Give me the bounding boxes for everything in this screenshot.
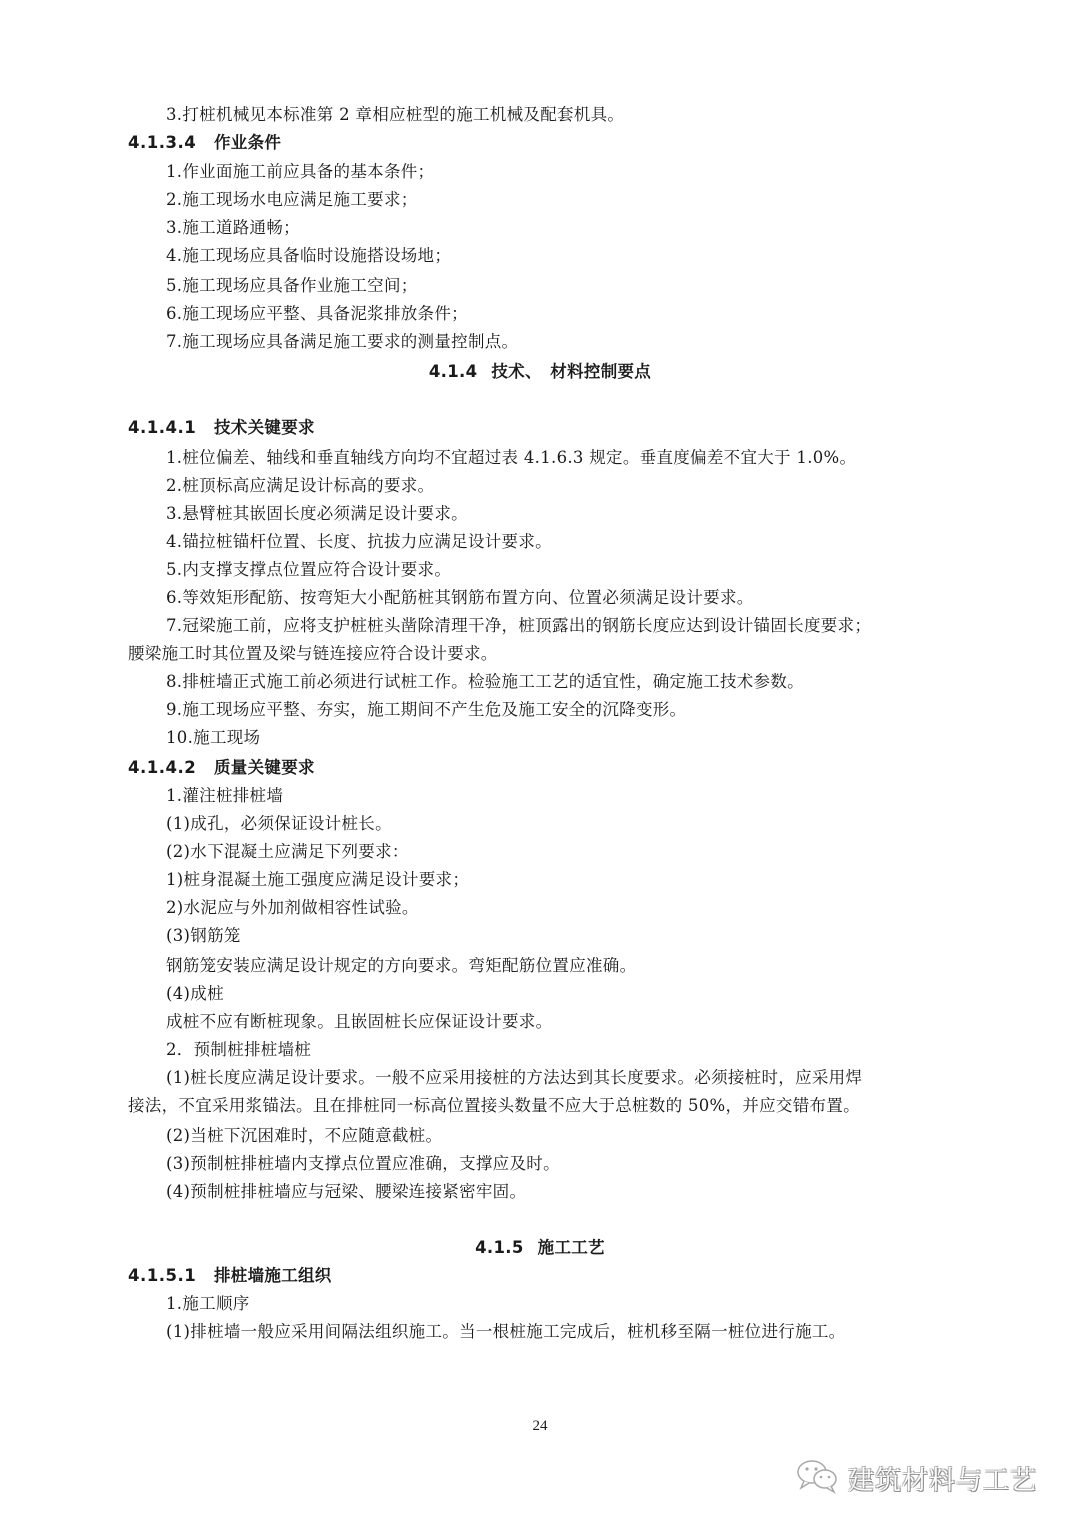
- list-item-continuation: 腰梁施工时其位置及梁与链连接应符合设计要求。: [128, 643, 498, 665]
- list-item: 2.施工现场水电应满足施工要求；: [166, 189, 418, 211]
- list-item: 4.锚拉桩锚杆位置、长度、抗拔力应满足设计要求。: [166, 531, 552, 553]
- list-item: (4)预制桩排桩墙应与冠梁、腰梁连接紧密牢固。: [166, 1181, 526, 1203]
- list-item: 2.桩顶标高应满足设计标高的要求。: [166, 475, 434, 497]
- list-item: 3.施工道路通畅；: [166, 217, 300, 239]
- list-item: 1.灌注桩排桩墙: [166, 785, 283, 807]
- list-item: 3.悬臂桩其嵌固长度必须满足设计要求。: [166, 503, 468, 525]
- list-item: 6.等效矩形配筋、按弯矩大小配筋桩其钢筋布置方向、位置必须满足设计要求。: [166, 587, 754, 609]
- list-item: 9.施工现场应平整、夯实，施工期间不产生危及施工安全的沉降变形。: [166, 699, 686, 721]
- section-number: 4.1.3.4: [128, 132, 214, 154]
- section-heading-4134: 4.1.3.4作业条件: [128, 132, 281, 154]
- list-item: 8.排桩墙正式施工前必须进行试桩工作。检验施工工艺的适宜性，确定施工技术参数。: [166, 671, 804, 693]
- list-item: 7.冠梁施工前，应将支护桩桩头凿除清理干净，桩顶露出的钢筋长度应达到设计锚固长度…: [166, 615, 871, 637]
- watermark: 建筑材料与工艺: [796, 1458, 1037, 1498]
- list-item: 1.作业面施工前应具备的基本条件；: [166, 161, 434, 183]
- list-item: (2)水下混凝土应满足下列要求：: [166, 841, 409, 863]
- list-item: (1)桩长度应满足设计要求。一般不应采用接桩的方法达到其长度要求。必须接桩时，应…: [166, 1067, 862, 1089]
- section-title: 施工工艺: [538, 1238, 605, 1257]
- section-heading-4142: 4.1.4.2质量关键要求: [128, 757, 315, 779]
- watermark-text: 建筑材料与工艺: [848, 1460, 1037, 1497]
- section-title: 质量关键要求: [214, 758, 315, 777]
- list-item: (3)钢筋笼: [166, 925, 241, 947]
- list-item: 6.施工现场应平整、具备泥浆排放条件；: [166, 303, 468, 325]
- list-item: 10.施工现场: [166, 727, 260, 749]
- section-title: 技术关键要求: [214, 418, 315, 437]
- section-number: 4.1.4.2: [128, 757, 214, 779]
- list-item: (4)成桩: [166, 983, 224, 1005]
- section-number: 4.1.5.1: [128, 1265, 214, 1287]
- list-item: (1)成孔，必须保证设计桩长。: [166, 813, 392, 835]
- wechat-icon: [796, 1458, 840, 1498]
- chapter-heading-415: 4.1.5施工工艺: [0, 1237, 1080, 1259]
- list-item: 1.桩位偏差、轴线和垂直轴线方向均不宜超过表 4.1.6.3 规定。垂直度偏差不…: [166, 447, 856, 469]
- section-number: 4.1.4: [429, 362, 477, 381]
- section-number: 4.1.5: [475, 1238, 523, 1257]
- list-item: 1.施工顺序: [166, 1293, 250, 1315]
- list-item: 5.内支撑支撑点位置应符合设计要求。: [166, 559, 451, 581]
- list-item: 5.施工现场应具备作业施工空间；: [166, 275, 418, 297]
- list-item: 4.施工现场应具备临时设施搭设场地；: [166, 245, 451, 267]
- list-item: 成桩不应有断桩现象。且嵌固桩长应保证设计要求。: [166, 1011, 552, 1033]
- list-item: 1)桩身混凝土施工强度应满足设计要求；: [166, 869, 469, 891]
- list-item: 2)水泥应与外加剂做相容性试验。: [166, 897, 419, 919]
- section-number: 4.1.4.1: [128, 417, 214, 439]
- list-item-continuation: 接法，不宜采用浆锚法。且在排桩同一标高位置接头数量不应大于总桩数的 50%，并应…: [128, 1095, 860, 1117]
- list-item: (2)当桩下沉困难时，不应随意截桩。: [166, 1125, 442, 1147]
- list-item: (1)排桩墙一般应采用间隔法组织施工。当一根桩施工完成后，桩机移至隔一桩位进行施…: [166, 1321, 845, 1343]
- section-heading-4141: 4.1.4.1技术关键要求: [128, 417, 315, 439]
- section-title: 排桩墙施工组织: [214, 1266, 332, 1285]
- list-item: (3)预制桩排桩墙内支撑点位置应准确，支撑应及时。: [166, 1153, 560, 1175]
- chapter-heading-414: 4.1.4技术、 材料控制要点: [0, 361, 1080, 383]
- section-title: 作业条件: [214, 133, 281, 152]
- list-item: 7.施工现场应具备满足施工要求的测量控制点。: [166, 331, 518, 353]
- section-heading-4151: 4.1.5.1排桩墙施工组织: [128, 1265, 332, 1287]
- section-title: 技术、 材料控制要点: [491, 362, 651, 381]
- body-line: 3.打桩机械见本标准第 2 章相应桩型的施工机械及配套机具。: [166, 104, 624, 126]
- page-number: 24: [0, 1418, 1080, 1435]
- list-item: 钢筋笼安装应满足设计规定的方向要求。弯矩配筋位置应准确。: [166, 955, 636, 977]
- list-item: 2．预制桩排桩墙桩: [166, 1039, 311, 1061]
